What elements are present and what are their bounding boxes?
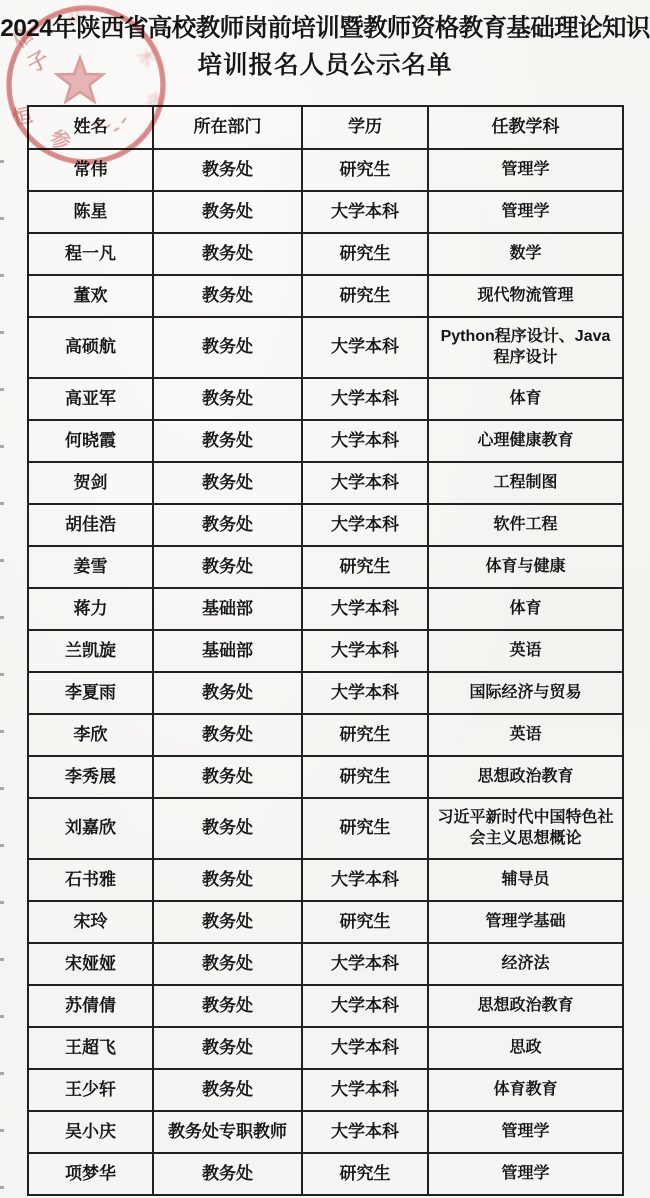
cell-department: 教务处 xyxy=(153,462,302,504)
table-row: 李欣 教务处 研究生 英语 xyxy=(28,714,623,756)
cell-degree: 大学本科 xyxy=(302,943,428,985)
cell-degree: 大学本科 xyxy=(302,1111,428,1153)
cell-subject: 思想政治教育 xyxy=(428,985,623,1027)
table-row: 程一凡 教务处 研究生 数学 xyxy=(28,233,623,275)
cell-name: 石书雅 xyxy=(28,859,153,901)
cell-degree: 大学本科 xyxy=(302,420,428,462)
cell-name: 贺剑 xyxy=(28,462,153,504)
cell-department: 教务处 xyxy=(153,378,302,420)
table-row: 李夏雨 教务处 大学本科 国际经济与贸易 xyxy=(28,672,623,714)
cell-department: 教务处专职教师 xyxy=(153,1111,302,1153)
table-row: 蒋力 基础部 大学本科 体育 xyxy=(28,588,623,630)
cell-name: 陈星 xyxy=(28,191,153,233)
title-line-1: 2024年陕西省高校教师岗前培训暨教师资格教育基础理论知识 xyxy=(0,10,650,47)
cell-department: 教务处 xyxy=(153,317,302,378)
cell-subject: 管理学 xyxy=(428,1111,623,1153)
cell-name: 苏倩倩 xyxy=(28,985,153,1027)
cell-subject: 体育教育 xyxy=(428,1069,623,1111)
cell-subject: 心理健康教育 xyxy=(428,420,623,462)
cell-department: 教务处 xyxy=(153,191,302,233)
cell-subject: 管理学 xyxy=(428,1153,623,1195)
cell-subject: 国际经济与贸易 xyxy=(428,672,623,714)
cell-name: 兰凯旋 xyxy=(28,630,153,672)
cell-name: 李夏雨 xyxy=(28,672,153,714)
cell-degree: 大学本科 xyxy=(302,672,428,714)
cell-name: 吴小庆 xyxy=(28,1111,153,1153)
cell-subject: 体育 xyxy=(428,378,623,420)
table-row: 吴小庆 教务处专职教师 大学本科 管理学 xyxy=(28,1111,623,1153)
cell-subject: 现代物流管理 xyxy=(428,275,623,317)
cell-degree: 研究生 xyxy=(302,798,428,859)
table-row: 贺剑 教务处 大学本科 工程制图 xyxy=(28,462,623,504)
table-header: 姓名 所在部门 学历 任教学科 xyxy=(28,106,623,149)
table-row: 石书雅 教务处 大学本科 辅导员 xyxy=(28,859,623,901)
cell-department: 教务处 xyxy=(153,546,302,588)
cell-name: 程一凡 xyxy=(28,233,153,275)
cell-name: 王少轩 xyxy=(28,1069,153,1111)
cell-degree: 研究生 xyxy=(302,714,428,756)
header-name: 姓名 xyxy=(28,106,153,149)
cell-department: 教务处 xyxy=(153,1153,302,1195)
cell-department: 教务处 xyxy=(153,149,302,191)
table-row: 王少轩 教务处 大学本科 体育教育 xyxy=(28,1069,623,1111)
document-page: 2024年陕西省高校教师岗前培训暨教师资格教育基础理论知识 培训报名人员公示名单… xyxy=(0,0,650,1198)
cell-degree: 大学本科 xyxy=(302,504,428,546)
cell-degree: 大学本科 xyxy=(302,317,428,378)
table-row: 李秀展 教务处 研究生 思想政治教育 xyxy=(28,756,623,798)
cell-degree: 研究生 xyxy=(302,149,428,191)
table-row: 高硕航 教务处 大学本科 Python程序设计、Java程序设计 xyxy=(28,317,623,378)
table-row: 宋玲 教务处 研究生 管理学基础 xyxy=(28,901,623,943)
table-row: 胡佳浩 教务处 大学本科 软件工程 xyxy=(28,504,623,546)
header-degree: 学历 xyxy=(302,106,428,149)
cell-department: 教务处 xyxy=(153,943,302,985)
cell-degree: 大学本科 xyxy=(302,191,428,233)
table-row: 王超飞 教务处 大学本科 思政 xyxy=(28,1027,623,1069)
title-line-2: 培训报名人员公示名单 xyxy=(0,47,650,84)
table-body: 常伟 教务处 研究生 管理学 陈星 教务处 大学本科 管理学 程一凡 教务处 研… xyxy=(28,149,623,1195)
cell-name: 姜雪 xyxy=(28,546,153,588)
cell-subject: Python程序设计、Java程序设计 xyxy=(428,317,623,378)
cell-name: 常伟 xyxy=(28,149,153,191)
cell-department: 教务处 xyxy=(153,233,302,275)
cell-subject: 体育 xyxy=(428,588,623,630)
table-row: 项梦华 教务处 研究生 管理学 xyxy=(28,1153,623,1195)
cell-degree: 研究生 xyxy=(302,233,428,275)
cell-subject: 经济法 xyxy=(428,943,623,985)
cell-name: 董欢 xyxy=(28,275,153,317)
cell-subject: 数学 xyxy=(428,233,623,275)
cell-department: 教务处 xyxy=(153,672,302,714)
cell-department: 教务处 xyxy=(153,275,302,317)
header-department: 所在部门 xyxy=(153,106,302,149)
cell-department: 教务处 xyxy=(153,901,302,943)
cell-degree: 大学本科 xyxy=(302,462,428,504)
cell-name: 宋玲 xyxy=(28,901,153,943)
cell-subject: 思政 xyxy=(428,1027,623,1069)
scan-edge-artifacts xyxy=(0,160,4,1190)
cell-subject: 软件工程 xyxy=(428,504,623,546)
cell-degree: 大学本科 xyxy=(302,588,428,630)
cell-department: 教务处 xyxy=(153,504,302,546)
header-row: 姓名 所在部门 学历 任教学科 xyxy=(28,106,623,149)
table-row: 陈星 教务处 大学本科 管理学 xyxy=(28,191,623,233)
cell-department: 教务处 xyxy=(153,859,302,901)
table-row: 姜雪 教务处 研究生 体育与健康 xyxy=(28,546,623,588)
cell-department: 基础部 xyxy=(153,588,302,630)
table-row: 常伟 教务处 研究生 管理学 xyxy=(28,149,623,191)
cell-subject: 工程制图 xyxy=(428,462,623,504)
cell-subject: 辅导员 xyxy=(428,859,623,901)
cell-subject: 管理学 xyxy=(428,149,623,191)
cell-degree: 大学本科 xyxy=(302,859,428,901)
cell-subject: 英语 xyxy=(428,714,623,756)
cell-name: 高亚军 xyxy=(28,378,153,420)
cell-department: 教务处 xyxy=(153,756,302,798)
cell-name: 宋娅娅 xyxy=(28,943,153,985)
cell-department: 教务处 xyxy=(153,985,302,1027)
cell-subject: 体育与健康 xyxy=(428,546,623,588)
document-title: 2024年陕西省高校教师岗前培训暨教师资格教育基础理论知识 培训报名人员公示名单 xyxy=(0,10,650,84)
table-row: 高亚军 教务处 大学本科 体育 xyxy=(28,378,623,420)
cell-name: 何晓霞 xyxy=(28,420,153,462)
cell-department: 教务处 xyxy=(153,1027,302,1069)
cell-name: 蒋力 xyxy=(28,588,153,630)
cell-name: 项梦华 xyxy=(28,1153,153,1195)
cell-department: 教务处 xyxy=(153,714,302,756)
cell-department: 基础部 xyxy=(153,630,302,672)
table-row: 何晓霞 教务处 大学本科 心理健康教育 xyxy=(28,420,623,462)
cell-subject: 管理学基础 xyxy=(428,901,623,943)
cell-degree: 研究生 xyxy=(302,275,428,317)
cell-subject: 习近平新时代中国特色社会主义思想概论 xyxy=(428,798,623,859)
cell-subject: 管理学 xyxy=(428,191,623,233)
table-row: 苏倩倩 教务处 大学本科 思想政治教育 xyxy=(28,985,623,1027)
cell-department: 教务处 xyxy=(153,1069,302,1111)
table-row: 兰凯旋 基础部 大学本科 英语 xyxy=(28,630,623,672)
roster-table: 姓名 所在部门 学历 任教学科 常伟 教务处 研究生 管理学 陈星 教务处 大学… xyxy=(27,105,624,1196)
cell-name: 高硕航 xyxy=(28,317,153,378)
cell-degree: 大学本科 xyxy=(302,378,428,420)
cell-degree: 研究生 xyxy=(302,756,428,798)
cell-department: 教务处 xyxy=(153,420,302,462)
cell-name: 胡佳浩 xyxy=(28,504,153,546)
table-row: 董欢 教务处 研究生 现代物流管理 xyxy=(28,275,623,317)
cell-subject: 英语 xyxy=(428,630,623,672)
header-subject: 任教学科 xyxy=(428,106,623,149)
cell-degree: 大学本科 xyxy=(302,1027,428,1069)
cell-name: 刘嘉欣 xyxy=(28,798,153,859)
table-row: 宋娅娅 教务处 大学本科 经济法 xyxy=(28,943,623,985)
cell-name: 李秀展 xyxy=(28,756,153,798)
cell-degree: 大学本科 xyxy=(302,985,428,1027)
cell-degree: 大学本科 xyxy=(302,630,428,672)
cell-degree: 研究生 xyxy=(302,901,428,943)
cell-degree: 大学本科 xyxy=(302,1069,428,1111)
cell-name: 王超飞 xyxy=(28,1027,153,1069)
cell-degree: 研究生 xyxy=(302,546,428,588)
cell-department: 教务处 xyxy=(153,798,302,859)
cell-degree: 研究生 xyxy=(302,1153,428,1195)
cell-name: 李欣 xyxy=(28,714,153,756)
cell-subject: 思想政治教育 xyxy=(428,756,623,798)
table-row: 刘嘉欣 教务处 研究生 习近平新时代中国特色社会主义思想概论 xyxy=(28,798,623,859)
